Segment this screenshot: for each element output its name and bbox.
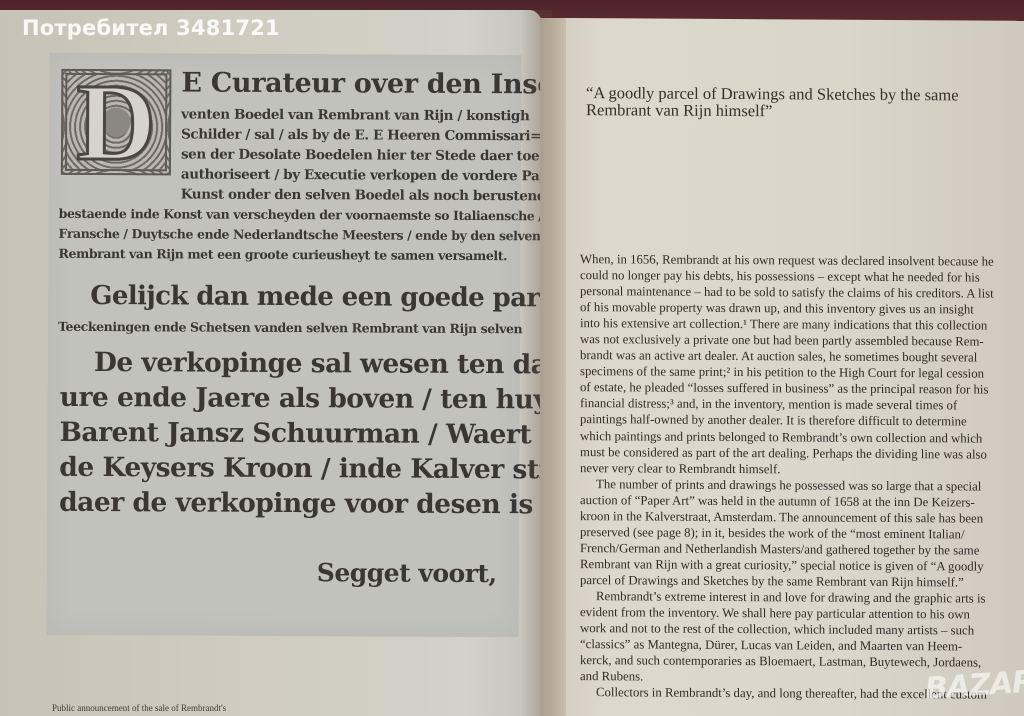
figure-caption: Public announcement of the sale of Rembr… bbox=[52, 703, 226, 713]
plate-line-6: Kunst onder den selven Boedel als noch b… bbox=[181, 186, 563, 204]
drop-cap-letter: D bbox=[67, 75, 165, 170]
plate-line-3: Schilder / sal / als by de E. E Heeren C… bbox=[181, 126, 541, 144]
plate-line-9: Rembrant van Rijn met een groote curieus… bbox=[58, 246, 507, 263]
plate-line-4: sen der Desolate Boedelen hier ter Stede… bbox=[181, 146, 566, 164]
plate-line-5: authoriseert / by Executie verkopen de v… bbox=[181, 166, 568, 184]
body-text: When, in 1656, Rembrandt at his own requ… bbox=[580, 251, 1024, 703]
seller-watermark: Потребител 3481721 bbox=[22, 16, 280, 40]
plate-line-11: Teeckeningen ende Schetsen vanden selven… bbox=[58, 319, 522, 336]
site-logo-watermark: BAZAR bbox=[924, 664, 1024, 707]
ornamental-initial-d: D bbox=[61, 69, 172, 176]
plate-signoff: Segget voort, bbox=[317, 558, 497, 588]
plate-line-7: bestaende inde Konst van verscheyden der… bbox=[59, 206, 543, 224]
plate-line-8: Fransche / Duytsche ende Nederlandtsche … bbox=[59, 226, 541, 244]
auction-announcement-plate: D E Curateur over den Insol= venten Boed… bbox=[46, 53, 521, 637]
right-page: “A goodly parcel of Drawings and Sketche… bbox=[566, 18, 1024, 716]
chapter-title: “A goodly parcel of Drawings and Sketche… bbox=[586, 84, 1024, 121]
body-line: kerck, and such contemporaries as Bloema… bbox=[580, 652, 1024, 671]
plate-line-14: Barent Jansz Schuurman / Waert in bbox=[59, 417, 568, 451]
left-page: D E Curateur over den Insol= venten Boed… bbox=[0, 10, 548, 716]
plate-line-2: venten Boedel van Rembrant van Rijn / ko… bbox=[181, 106, 529, 124]
